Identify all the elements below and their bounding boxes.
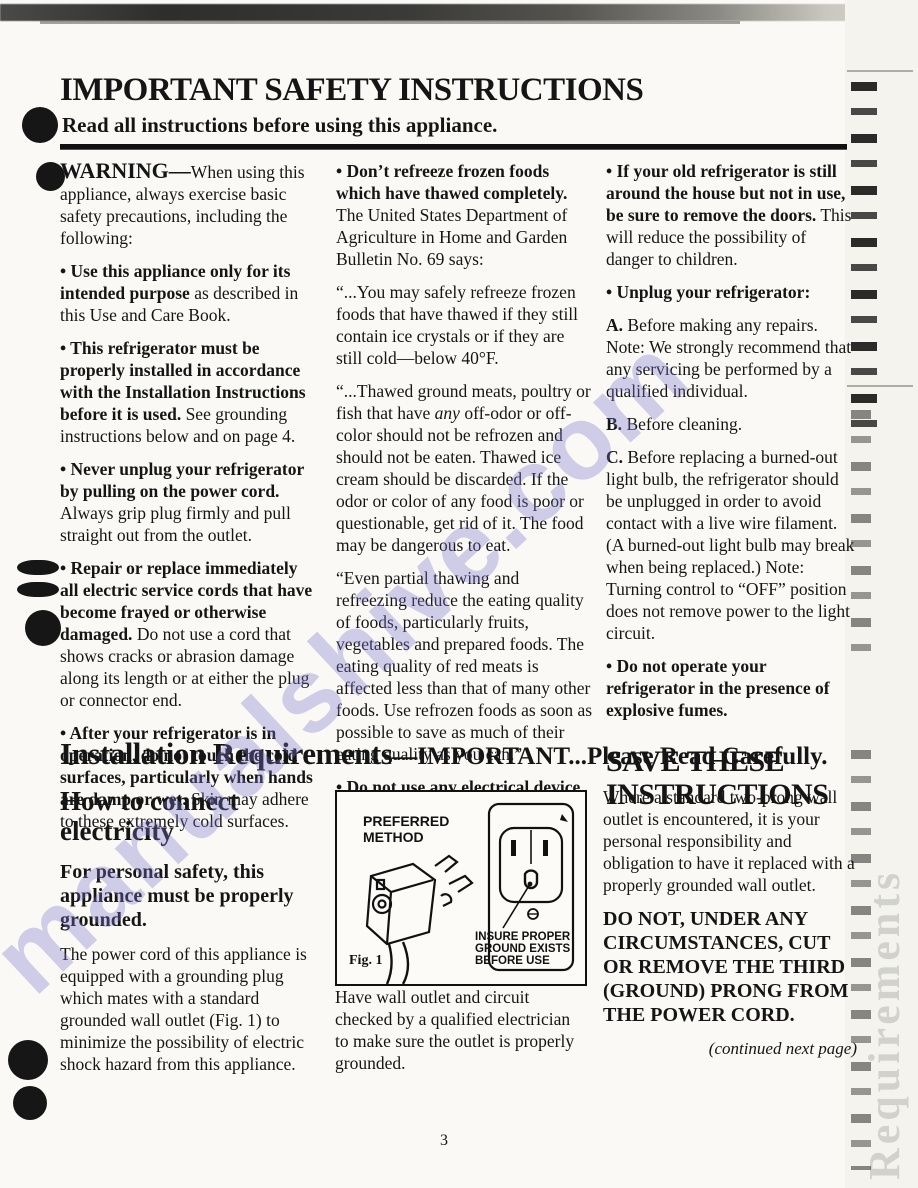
page-header: IMPORTANT SAFETY INSTRUCTIONS Read all i… [60, 72, 850, 149]
two-prong-paragraph: Where a standard two-prong wall outlet i… [603, 786, 857, 896]
safety-bullet: • If your old refrigerator is still arou… [606, 160, 858, 270]
manual-page: Requirements manualshive.com IMPORTANT S… [0, 0, 918, 1188]
installation-column-1: How to connect electricity For personal … [60, 786, 324, 1086]
figure-label-insure-1: INSURE PROPER [475, 931, 571, 943]
how-to-connect-heading: How to connect electricity [60, 786, 324, 846]
figure-label-preferred-2: METHOD [363, 829, 424, 845]
unplug-item-a: A. Before making any repairs. Note: We s… [606, 314, 858, 402]
figure-1-box: PREFERRED METHOD INSURE PROPER GROUND EX… [335, 790, 587, 986]
punch-hole-mark [22, 107, 58, 143]
safety-bullet: • Unplug your refrigerator: [606, 281, 858, 303]
scan-artifact-top-line [40, 21, 740, 24]
scan-artifact-top-edge [0, 4, 918, 21]
grounding-paragraph: The power cord of this appliance is equi… [60, 943, 324, 1075]
installation-column-2: PREFERRED METHOD INSURE PROPER GROUND EX… [335, 790, 587, 1085]
safety-bullet: • Do not operate your refrigerator in th… [606, 655, 858, 721]
grounding-subhead: For personal safety, this appliance must… [60, 860, 324, 932]
installation-column-3: Where a standard two-prong wall outlet i… [603, 786, 857, 1071]
installation-title: Installation Requirements [60, 736, 392, 771]
warning-lead: WARNING— [60, 158, 191, 183]
punch-hole-mark [13, 1086, 47, 1120]
figure-caption: Have wall outlet and circuit checked by … [335, 986, 587, 1074]
unplug-item-b: B. Before cleaning. [606, 413, 858, 435]
page-title: IMPORTANT SAFETY INSTRUCTIONS [60, 72, 850, 109]
punch-hole-mark [17, 560, 59, 575]
installation-title-suffix: —IMPORTANT...Please Read Carefully. [392, 743, 827, 770]
safety-bullet: • This refrigerator must be properly ins… [60, 337, 318, 447]
adjacent-page-ghost-text: Requirements [859, 760, 910, 1180]
figure-number-label: Fig. 1 [349, 953, 382, 968]
figure-label-preferred-1: PREFERRED [363, 813, 449, 829]
usda-quote-2: “...Thawed ground meats, poultry or fish… [336, 380, 594, 556]
continued-next-page-note: (continued next page) [603, 1038, 857, 1060]
safety-bullet: • Use this appliance only for its intend… [60, 260, 318, 326]
figure-label-insure-3: BEFORE USE [475, 955, 550, 967]
punch-hole-mark [8, 1040, 48, 1080]
usda-quote-1: “...You may safely refreeze frozen foods… [336, 281, 594, 369]
page-subtitle: Read all instructions before using this … [62, 113, 850, 138]
punch-hole-mark [17, 582, 59, 597]
punch-hole-mark [25, 610, 61, 646]
figure-label-insure-2: GROUND EXISTS [475, 943, 571, 955]
edge-line [847, 70, 913, 72]
do-not-cut-prong-warning: DO NOT, UNDER ANY CIRCUMSTANCES, CUT OR … [603, 907, 857, 1027]
installation-section-heading: Installation Requirements—IMPORTANT...Pl… [60, 736, 860, 772]
header-rule [60, 144, 847, 149]
safety-bullet: • Never unplug your refrigerator by pull… [60, 458, 318, 546]
page-number: 3 [440, 1132, 448, 1150]
safety-bullet: • Repair or replace immediately all elec… [60, 557, 318, 711]
warning-paragraph: WARNING—When using this appliance, alway… [60, 160, 318, 249]
unplug-item-c: C. Before replacing a burned-out light b… [606, 446, 858, 644]
safety-bullet: • Don’t refreeze frozen foods which have… [336, 160, 594, 270]
grounded-plug-outlet-illustration: PREFERRED METHOD INSURE PROPER GROUND EX… [337, 792, 585, 984]
safety-column-3: • If your old refrigerator is still arou… [606, 160, 858, 811]
